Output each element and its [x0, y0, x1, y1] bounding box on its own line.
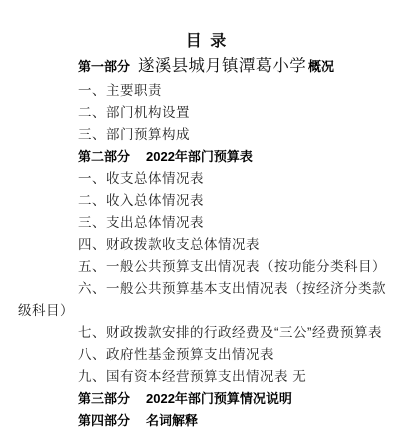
toc-item: 九、国有资本经营预算支出情况表 无	[18, 366, 396, 388]
section-heading-part4: 第四部分名词解释	[18, 410, 396, 432]
toc-item: 一、主要职责	[18, 80, 396, 102]
part2-label: 第二部分	[78, 149, 130, 164]
page-title: 目 录	[18, 30, 396, 53]
document-page: 目 录 第一部分遂溪县城月镇潭葛小学概况 一、主要职责 二、部门机构设置 三、部…	[0, 0, 412, 433]
section-heading-part3: 第三部分2022年部门预算情况说明	[18, 388, 396, 410]
toc-item: 三、支出总体情况表	[18, 212, 396, 234]
toc-item: 四、财政拨款收支总体情况表	[18, 234, 396, 256]
toc-item: 二、部门机构设置	[18, 102, 396, 124]
toc-item: 六、一般公共预算基本支出情况表（按经济分类款级科目）	[18, 278, 396, 322]
part3-title: 2022年部门预算情况说明	[146, 391, 292, 406]
toc-item: 二、收入总体情况表	[18, 190, 396, 212]
part3-label: 第三部分	[78, 391, 130, 406]
toc-item: 八、政府性基金预算支出情况表	[18, 344, 396, 366]
school-name: 遂溪县城月镇潭葛小学	[138, 57, 306, 75]
part1-label: 第一部分	[78, 59, 130, 74]
part1-suffix: 概况	[308, 59, 334, 74]
toc-item: 七、财政拨款安排的行政经费及“三公”经费预算表	[18, 322, 396, 344]
section-heading-part1: 第一部分遂溪县城月镇潭葛小学概况	[18, 53, 396, 80]
toc-item: 三、部门预算构成	[18, 124, 396, 146]
part4-label: 第四部分	[78, 413, 130, 428]
part4-title: 名词解释	[146, 413, 198, 428]
toc-item: 一、收支总体情况表	[18, 168, 396, 190]
toc-content: 目 录 第一部分遂溪县城月镇潭葛小学概况 一、主要职责 二、部门机构设置 三、部…	[0, 0, 412, 432]
part2-title: 2022年部门预算表	[146, 149, 253, 164]
section-heading-part2: 第二部分2022年部门预算表	[18, 146, 396, 168]
toc-item: 五、一般公共预算支出情况表（按功能分类科目）	[18, 256, 396, 278]
